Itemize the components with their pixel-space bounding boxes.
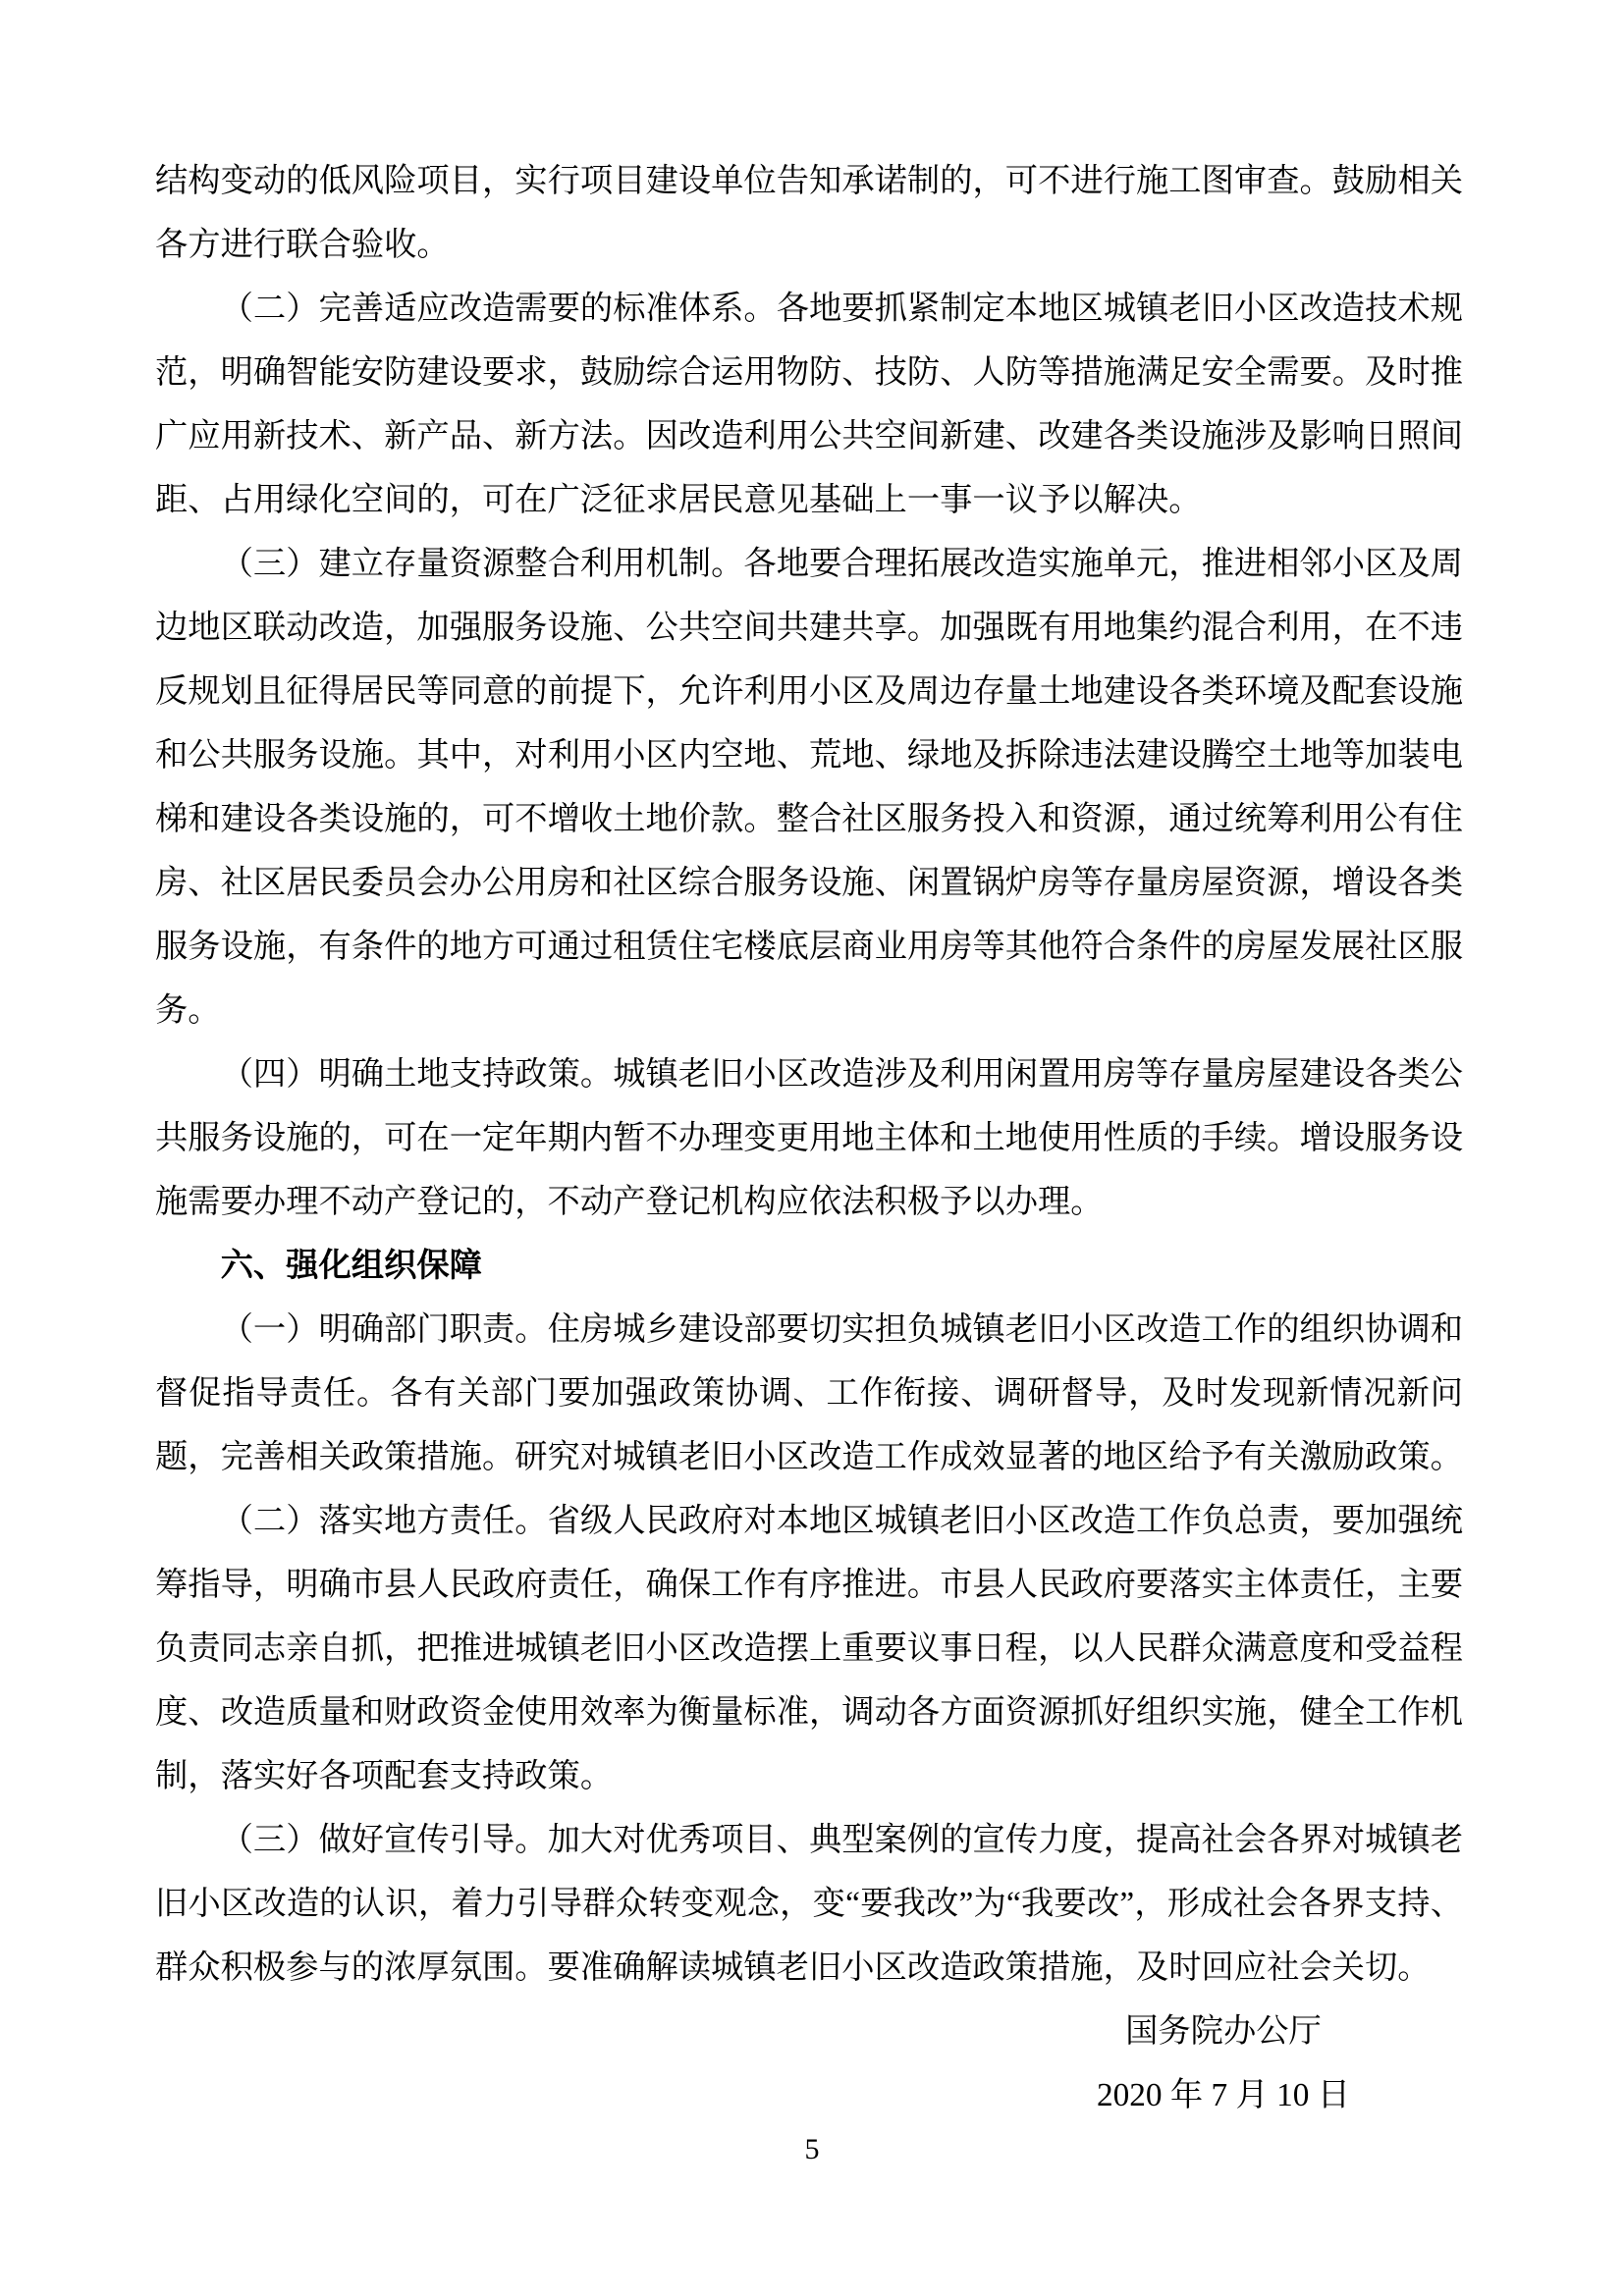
page-number: 5 [805, 2133, 820, 2165]
document-page: 结构变动的低风险项目，实行项目建设单位告知承诺制的，可不进行施工图审查。鼓励相关… [0, 0, 1624, 2296]
signature-issuer: 国务院办公厅 [1097, 2000, 1350, 2063]
paragraphs-container: 结构变动的低风险项目，实行项目建设单位告知承诺制的，可不进行施工图审查。鼓励相关… [155, 149, 1463, 2000]
signature-block: 国务院办公厅 2020 年 7 月 10 日 [155, 2000, 1463, 2127]
paragraph: （二）落实地方责任。省级人民政府对本地区城镇老旧小区改造工作负总责，要加强统筹指… [155, 1489, 1463, 1808]
section-heading: 六、强化组织保障 [155, 1234, 1463, 1298]
paragraph: （一）明确部门职责。住房城乡建设部要切实担负城镇老旧小区改造工作的组织协调和督促… [155, 1298, 1463, 1489]
paragraph: （二）完善适应改造需要的标准体系。各地要抓紧制定本地区城镇老旧小区改造技术规范，… [155, 277, 1463, 532]
paragraph: （三）做好宣传引导。加大对优秀项目、典型案例的宣传力度，提高社会各界对城镇老旧小… [155, 1808, 1463, 2000]
paragraph: （四）明确土地支持政策。城镇老旧小区改造涉及利用闲置用房等存量房屋建设各类公共服… [155, 1042, 1463, 1234]
page-footer: 5 [0, 2120, 1624, 2179]
signature-date: 2020 年 7 月 10 日 [1097, 2063, 1350, 2127]
document-body: 结构变动的低风险项目，实行项目建设单位告知承诺制的，可不进行施工图审查。鼓励相关… [0, 0, 1624, 2127]
paragraph: （三）建立存量资源整合利用机制。各地要合理拓展改造实施单元，推进相邻小区及周边地… [155, 532, 1463, 1042]
paragraph: 结构变动的低风险项目，实行项目建设单位告知承诺制的，可不进行施工图审查。鼓励相关… [155, 149, 1463, 277]
